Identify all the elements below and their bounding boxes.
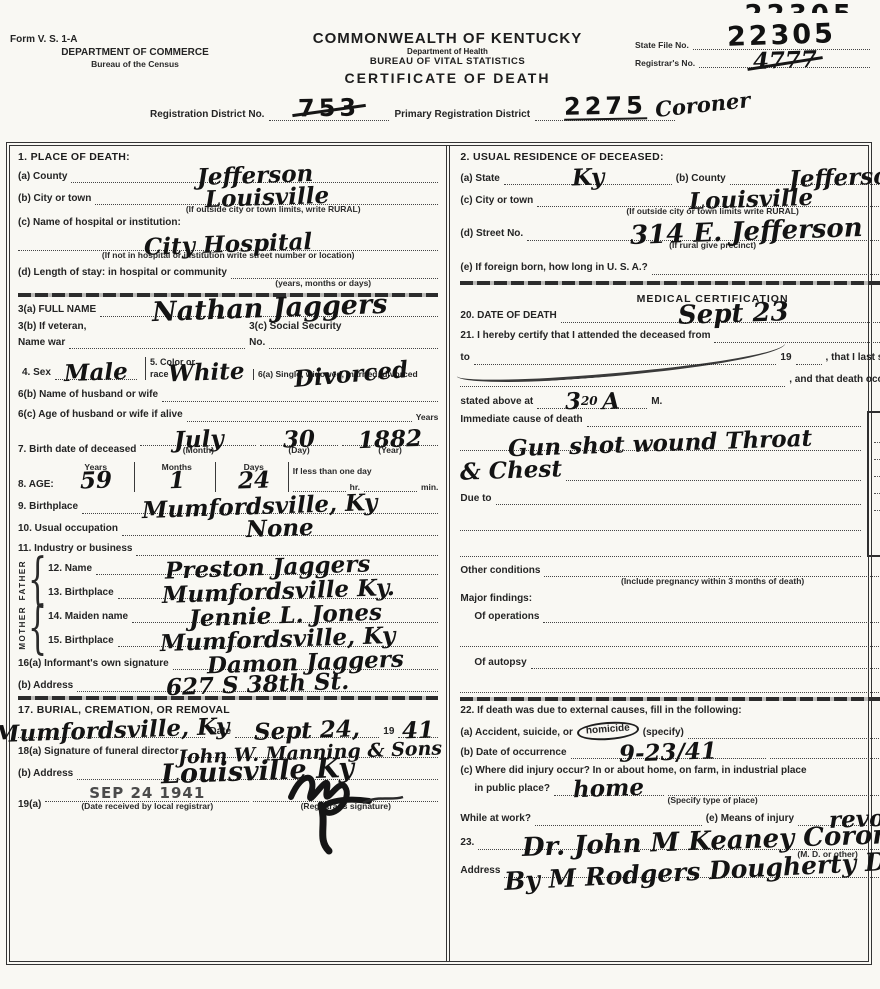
certify-line1: 21. I hereby certify that I attended the… [460,329,880,343]
res-state-line: Ky [504,171,672,185]
full-name-line: Nathan Jaggers [100,303,438,317]
occupation-label: 10. Usual occupation [18,523,118,536]
section-rule [460,281,880,285]
operations-extra-row [460,633,880,647]
age-days-value: 24 [237,471,270,493]
section-rule [460,697,880,701]
duration-line [874,443,880,460]
commonwealth-title: COMMONWEALTH OF KENTUCKY [260,30,635,47]
ext-a-pre-label: (a) Accident, suicide, or [460,727,572,740]
injury-place-value: home [573,778,645,801]
birth-date-label: 7. Birth date of deceased [18,444,136,457]
autopsy-extra-row [460,679,880,693]
pod-county-label: (a) County [18,171,67,184]
occurrence-date-value: 9-23/41 [619,741,718,765]
mother-group: MOTHER { 14. Maiden name Jennie L. Jones… [18,606,438,650]
pod-stay-row: (d) Length of stay: in hospital or commu… [18,265,438,279]
res-foreign-line [652,261,880,275]
age-label: 8. AGE: [18,479,54,492]
ext-a-row: (a) Accident, suicide, or homicide (spec… [460,722,880,740]
autopsy-row: Of autopsy [460,655,880,669]
primary-district-line: 2275 [535,107,675,121]
due-to-label: Due to [460,493,491,506]
certify-to-label: to [460,352,469,365]
industry-row: 11. Industry or business [18,542,438,556]
pod-county-line: Jefferson [71,169,438,183]
birth-day-line: 30 [260,430,337,447]
veteran-label2: Name war [18,337,65,350]
certify-line2-yearline [796,351,822,365]
burial-place-value: Mumfordsville, Ky [0,717,230,746]
pod-stay-note: (years, months or days) [18,279,438,289]
certifier-signature-line: Dr. John M Keaney Coroner [478,836,880,850]
occupation-value: None [246,518,314,541]
informant-address-line: 627 S 38th St. [77,678,438,692]
veteran-line [69,335,245,349]
while-at-work-label: While at work? [460,813,531,826]
sex-value: Male [64,362,128,385]
res-state-value: Ky [571,168,604,190]
father-name-line: Preston Jaggers [96,561,438,575]
time-minutes-sup: 20 [581,394,598,408]
blank-line [460,679,880,693]
header-left: Form V. S. 1-A DEPARTMENT OF COMMERCE Bu… [10,30,260,86]
duration-label: DURATION [874,416,880,426]
header: Form V. S. 1-A DEPARTMENT OF COMMERCE Bu… [10,30,870,86]
place-of-death-title: 1. PLACE OF DEATH: [18,151,438,163]
res-street-value: 314 E. Jefferson [629,217,862,248]
form-number: Form V. S. 1-A [10,34,260,47]
external-causes-title: 22. If death was due to external causes,… [460,705,880,718]
pod-hospital-value: City Hospital [144,232,313,259]
informant-signature-row: 16(a) Informant's own signature Damon Ja… [18,656,438,670]
duration-line [874,460,880,477]
less-day-label: If less than one day [293,466,439,476]
medical-certification-title: MEDICAL CERTIFICATION [460,293,880,305]
duration-line [874,426,880,443]
pod-city-label: (b) City or town [18,193,91,206]
due-to-extra-row2 [460,543,860,557]
pod-hospital-label: (c) Name of hospital or institution: [18,217,438,230]
duration-line [874,477,880,494]
informant-address-label: (b) Address [18,680,73,693]
certify-line2-19: 19 [780,352,791,365]
age-years-value: 59 [79,471,112,493]
age-row: 8. AGE: Years 59 Months 1 Days 24 If les… [18,462,438,492]
marital-cell: 6(a) Single, widowed, married, divorced … [253,369,438,380]
time-value: 3 [565,392,582,413]
due-to-line [496,491,861,505]
pod-city-line: Louisville [95,191,438,205]
cause-line2-fill [566,467,860,481]
less-day-cell: If less than one day hr. min. [293,466,439,492]
res-state-county-row: (a) State Ky (b) County Jefferson [460,171,880,185]
father-birthplace-label: 13. Birthplace [48,587,114,600]
burial-place-date-row: Mumfordsville, Ky Date Sept 24, 19 41 [18,724,438,738]
certify-saw-label: , that I last saw h [826,352,880,365]
spouse-row: 6(b) Name of husband or wife [18,388,438,402]
res-street-line: 314 E. Jefferson [527,227,880,241]
father-name-label: 12. Name [48,563,92,576]
cause-of-death-block: Immediate cause of death Gun shot wound … [460,413,880,558]
registration-district-row: Registration District No. 753 Primary Re… [150,107,855,121]
funeral-director-row: 18(a) Signature of funeral director John… [18,744,438,758]
cause-main: Immediate cause of death Gun shot wound … [460,413,860,558]
funeral-director-label: 18(a) Signature of funeral director [18,746,179,759]
other-conditions-label: Other conditions [460,565,540,578]
meridian-m-label: M. [651,396,662,409]
pod-hospital-row: City Hospital [18,237,438,251]
min-label: min. [421,482,438,492]
certifier-address-line: By M Rodgers Dougherty Deputy [504,864,880,878]
pod-hospital-line: City Hospital [18,237,438,251]
res-city-label: (c) City or town [460,195,533,208]
sex-line: Male [55,366,137,380]
blank-line [770,745,880,759]
birth-date-row: 7. Birth date of deceased July (Month) 3… [18,430,438,456]
received-label: 19(a) [18,799,41,812]
received-note: (Date received by local registrar) [45,802,249,812]
duration-line [874,494,880,511]
certifier-address-row: Address By M Rodgers Dougherty Deputy [460,864,880,878]
dept-health: Department of Health [260,47,635,56]
color-cell: 5. Color or race White [145,357,249,380]
right-column: 2. USUAL RESIDENCE OF DECEASED: (a) Stat… [450,146,880,961]
cause-line1-row: Gun shot wound Throat [460,437,860,451]
spouse-age-line [187,408,412,422]
ext-a-post-label: (specify) [643,727,684,740]
certify-line1-fill [714,329,880,343]
bureau-vital-statistics: BUREAU OF VITAL STATISTICS [260,56,635,67]
mother-birthplace-label: 15. Birthplace [48,635,114,648]
sex-label: 4. Sex [22,367,51,380]
due-to-extra-row [460,517,860,531]
marital-value: Divorced [293,360,409,391]
stated-label: stated above at [460,396,533,409]
spouse-label: 6(b) Name of husband or wife [18,389,158,402]
informant-signature-line: Damon Jaggers [173,656,439,670]
certificate-body: 1. PLACE OF DEATH: (a) County Jefferson … [6,142,872,965]
certifier-number-label: 23. [460,837,474,850]
date-of-death-label: 20. DATE OF DEATH [460,310,556,323]
major-findings-label: Major findings: [460,593,880,606]
birth-year-value: 1882 [358,429,423,452]
occupation-line: None [122,522,438,536]
ext-b-line: 9-23/41 [571,745,766,759]
cause-label: Immediate cause of death [460,414,582,427]
res-county-line: Jefferson [730,171,880,185]
birth-day-col: 30 (Day) [260,430,337,456]
sex-color-marital-row: 4. Sex Male 5. Color or race White 6(a) … [18,357,438,380]
received-line: SEP 24 1941 [45,786,249,802]
autopsy-label: Of autopsy [474,657,526,670]
birth-month-value: July [173,429,223,451]
received-row: 19(a) SEP 24 1941 (Date received by loca… [18,786,438,812]
res-city-value: Louisville [689,188,814,213]
time-meridian: A [601,392,620,413]
certify-line3-fill [460,373,785,387]
full-name-row: 3(a) FULL NAME Nathan Jaggers [18,303,438,317]
homicide-circled-label: homicide [576,720,639,742]
due-to-row: Due to [460,491,860,505]
sex-cell: 4. Sex Male [18,366,141,380]
full-name-value: Nathan Jaggers [151,292,387,324]
certify-to-fill [474,351,777,365]
registrars-label: Registrar's No. [635,58,695,68]
pod-city-row: (b) City or town Louisville [18,191,438,205]
ext-c-row: in public place? home [460,782,880,796]
date-of-death-value: Sept 23 [677,301,788,328]
father-birthplace-row: 13. Birthplace Mumfordsville Ky. [48,585,438,599]
burial-place-line: Mumfordsville, Ky [18,724,205,738]
blank-line [460,543,860,557]
age-years-cell: Years 59 [58,462,135,492]
operations-label: Of operations [474,611,539,624]
dept-commerce: DEPARTMENT OF COMMERCE [10,47,260,60]
father-name-row: 12. Name Preston Jaggers [48,561,438,575]
primary-district-label: Primary Registration District [394,109,530,122]
registrar-signature-col: (Registrar's signature) [253,801,438,812]
ext-c-line: home [554,782,664,796]
corner-stamp-partial: 22305 [745,0,855,13]
age-months-cell: Months 1 [139,462,216,492]
autopsy-line [531,655,880,669]
mother-side-label: MOTHER [18,606,27,650]
res-foreign-label: (e) If foreign born, how long in U. S. A… [460,262,647,275]
mother-name-label: 14. Maiden name [48,611,128,624]
spouse-age-suffix: Years [416,412,439,422]
operations-row: Of operations [460,609,880,623]
birthplace-row: 9. Birthplace Mumfordsville, Ky [18,500,438,514]
certify-line2: to 19 , that I last saw h alive on [460,351,880,365]
left-column: 1. PLACE OF DEATH: (a) County Jefferson … [10,146,450,961]
birth-month-col: July (Month) [140,430,256,456]
ext-a-line [688,725,880,739]
birth-year-col: 1882 (Year) [342,430,439,456]
color-value: White [168,362,245,385]
spouse-age-row: 6(c) Age of husband or wife if alive Yea… [18,408,438,422]
state-file-label: State File No. [635,40,689,50]
age-days-cell: Days 24 [220,462,289,492]
occupation-row: 10. Usual occupation None [18,522,438,536]
time-line: 320A [537,395,647,409]
death-certificate-page: Form V. S. 1-A DEPARTMENT OF COMMERCE Bu… [0,0,880,989]
cause-line1: Gun shot wound Throat [460,437,860,451]
birth-day-value: 30 [283,429,316,451]
while-at-work-line [535,812,702,826]
res-county-label: (b) County [676,173,726,186]
res-state-label: (a) State [460,173,499,186]
blank-line [668,782,880,796]
birth-month-line: July [140,430,256,447]
father-birthplace-line: Mumfordsville Ky. [118,585,439,599]
certificate-title: CERTIFICATE OF DEATH [260,70,635,86]
father-side-label: FATHER [18,560,27,600]
full-name-label: 3(a) FULL NAME [18,304,96,317]
other-conditions-note: (Include pregnancy within 3 months of de… [460,577,880,587]
registration-district-line: 753 [269,107,389,121]
ext-b-label: (b) Date of occurrence [460,747,566,760]
pod-stay-label: (d) Length of stay: in hospital or commu… [18,267,227,280]
other-conditions-row: Other conditions [460,563,880,577]
ext-c-note: (Specify type of place) [460,796,880,806]
informant-address-value: 627 S 38th St. [166,672,350,699]
birthplace-label: 9. Birthplace [18,501,78,514]
cause-value-line2: & Chest [460,459,563,483]
director-address-label: (b) Address [18,768,73,781]
cause-label-fill [587,413,861,427]
certifier-signature-row: 23. Dr. John M Keaney Coroner [460,836,880,850]
operations-line [543,609,880,623]
burial-year-line: 41 [398,724,438,738]
date-of-death-row: 20. DATE OF DEATH Sept 23 19 41 [460,309,880,323]
res-city-line: Louisville [537,193,880,207]
cause-line2-row: & Chest [460,461,860,482]
res-street-label: (d) Street No. [460,228,523,241]
ssn-label2: No. [249,337,265,350]
father-rows: 12. Name Preston Jaggers 13. Birthplace … [48,561,438,599]
registrar-signature-scrawl [273,767,413,825]
received-stamp-col: SEP 24 1941 (Date received by local regi… [45,786,249,812]
pod-city-value: Louisville [204,186,329,211]
spouse-age-label: 6(c) Age of husband or wife if alive [18,409,183,422]
age-months-value: 1 [168,471,185,492]
blank-line [460,517,860,531]
res-city-row: (c) City or town Louisville [460,193,880,207]
informant-address-row: (b) Address 627 S 38th St. [18,678,438,692]
ext-b-row: (b) Date of occurrence 9-23/41 [460,745,880,759]
burial-date-line: Sept 24, [235,724,379,738]
certify-line3-label: , and that death occurred on the date [789,374,880,387]
registration-district-stamp: 753 [298,95,361,120]
mother-rows: 14. Maiden name Jennie L. Jones 15. Birt… [48,609,438,647]
mother-name-row: 14. Maiden name Jennie L. Jones [48,609,438,623]
ext-c-line2-label: in public place? [474,783,550,796]
date-of-death-line: Sept 23 [561,309,880,323]
birthplace-line: Mumfordsville, Ky [82,500,438,514]
bureau-census: Bureau of the Census [10,59,260,69]
pod-county-row: (a) County Jefferson [18,169,438,183]
header-center: COMMONWEALTH OF KENTUCKY Department of H… [260,30,635,86]
ssn-line [269,335,438,349]
stated-row: stated above at 320A M. [460,395,880,409]
res-street-row: (d) Street No. 314 E. Jefferson [460,227,880,241]
mother-birthplace-row: 15. Birthplace Mumfordsville, Ky [48,633,438,647]
burial-year-prefix: 19 [383,726,394,739]
residence-title: 2. USUAL RESIDENCE OF DECEASED: [460,151,880,163]
certify-block: 21. I hereby certify that I attended the… [460,329,880,409]
registrars-number-handwritten: 4777 [752,50,817,73]
header-right: 22305 State File No. 22305 Registrar's N… [635,30,870,86]
father-group: FATHER { 12. Name Preston Jaggers 13. Bi… [18,560,438,600]
registrars-line: 4777 [699,54,870,68]
registrars-row: Registrar's No. 4777 [635,54,870,68]
birth-year-line: 1882 [342,430,439,447]
ext-c-line1-label: (c) Where did injury occur? In or about … [460,765,880,778]
primary-district-stamp: 2275 [563,93,646,120]
registration-district-label: Registration District No. [150,109,264,122]
ssn-block: 3(c) Social Security No. [249,321,438,350]
certify-line1-label: 21. I hereby certify that I attended the… [460,330,710,343]
duration-box: DURATION [867,411,880,558]
res-foreign-row: (e) If foreign born, how long in U. S. A… [460,261,880,275]
pod-stay-line [231,265,439,279]
certifier-address-label: Address [460,865,500,878]
certify-line3: , and that death occurred on the date [460,373,880,387]
mother-brace: { [28,595,47,662]
blank-line [460,633,880,647]
other-conditions-line [544,563,880,577]
